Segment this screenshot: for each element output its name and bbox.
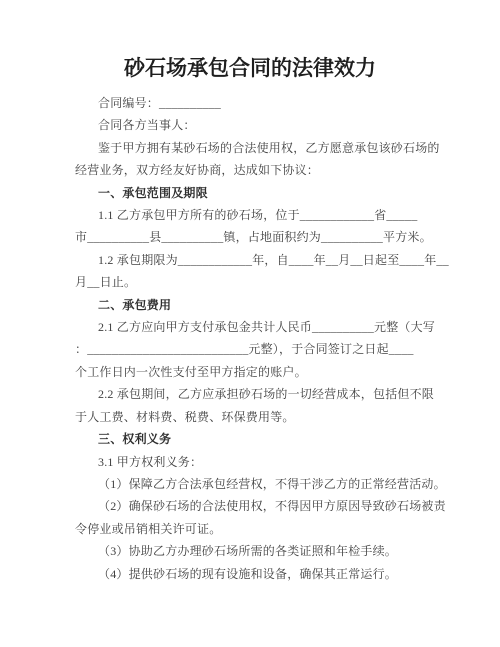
section-3-heading: 三、权利义务 xyxy=(75,428,425,450)
clause-1-1-line-1: 1.1 乙方承包甲方所有的砂石场，位于____________省_____ xyxy=(75,204,425,226)
section-1-heading: 一、承包范围及期限 xyxy=(75,182,425,204)
item-1-line: （1）保障乙方合法承包经营权，不得干涉乙方的正常经营活动。 xyxy=(75,473,425,495)
clause-2-2-line-2: 于人工费、材料费、税费、环保费用等。 xyxy=(75,406,425,428)
document-page: 砂石场承包合同的法律效力 合同编号：__________ 合同各方当事人： 鉴于… xyxy=(0,0,500,647)
section-2-heading: 二、承包费用 xyxy=(75,294,425,316)
preamble-line-1: 鉴于甲方拥有某砂石场的合法使用权，乙方愿意承包该砂石场的 xyxy=(75,137,425,159)
clause-2-2-line-1: 2.2 承包期间，乙方应承担砂石场的一切经营成本，包括但不限 xyxy=(75,383,425,405)
clause-3-1-heading: 3.1 甲方权利义务： xyxy=(75,451,425,473)
contract-number-line: 合同编号：__________ xyxy=(75,92,425,114)
clause-1-2-line-1: 1.2 承包期限为____________年，自____年__月__日起至___… xyxy=(75,249,425,271)
preamble-line-2: 经营业务，双方经友好协商，达成如下协议： xyxy=(75,159,425,181)
clause-1-1-line-2: 市__________县__________镇，占地面积约为__________… xyxy=(75,226,425,248)
item-4-line: （4）提供砂石场的现有设施和设备，确保其正常运行。 xyxy=(75,563,425,585)
clause-2-1-line-1: 2.1 乙方应向甲方支付承包金共计人民币__________元整（大写 xyxy=(75,316,425,338)
document-title: 砂石场承包合同的法律效力 xyxy=(75,54,425,82)
clause-2-1-line-3: 个工作日内一次性支付至甲方指定的账户。 xyxy=(75,361,425,383)
parties-line: 合同各方当事人： xyxy=(75,114,425,136)
item-3-line: （3）协助乙方办理砂石场所需的各类证照和年检手续。 xyxy=(75,540,425,562)
clause-2-1-line-2: ：__________________________元整），于合同签订之日起_… xyxy=(75,338,425,360)
item-2-line-2: 令停业或吊销相关许可证。 xyxy=(75,518,425,540)
item-2-line-1: （2）确保砂石场的合法使用权，不得因甲方原因导致砂石场被责 xyxy=(75,495,425,517)
clause-1-2-line-2: 月__日止。 xyxy=(75,271,425,293)
